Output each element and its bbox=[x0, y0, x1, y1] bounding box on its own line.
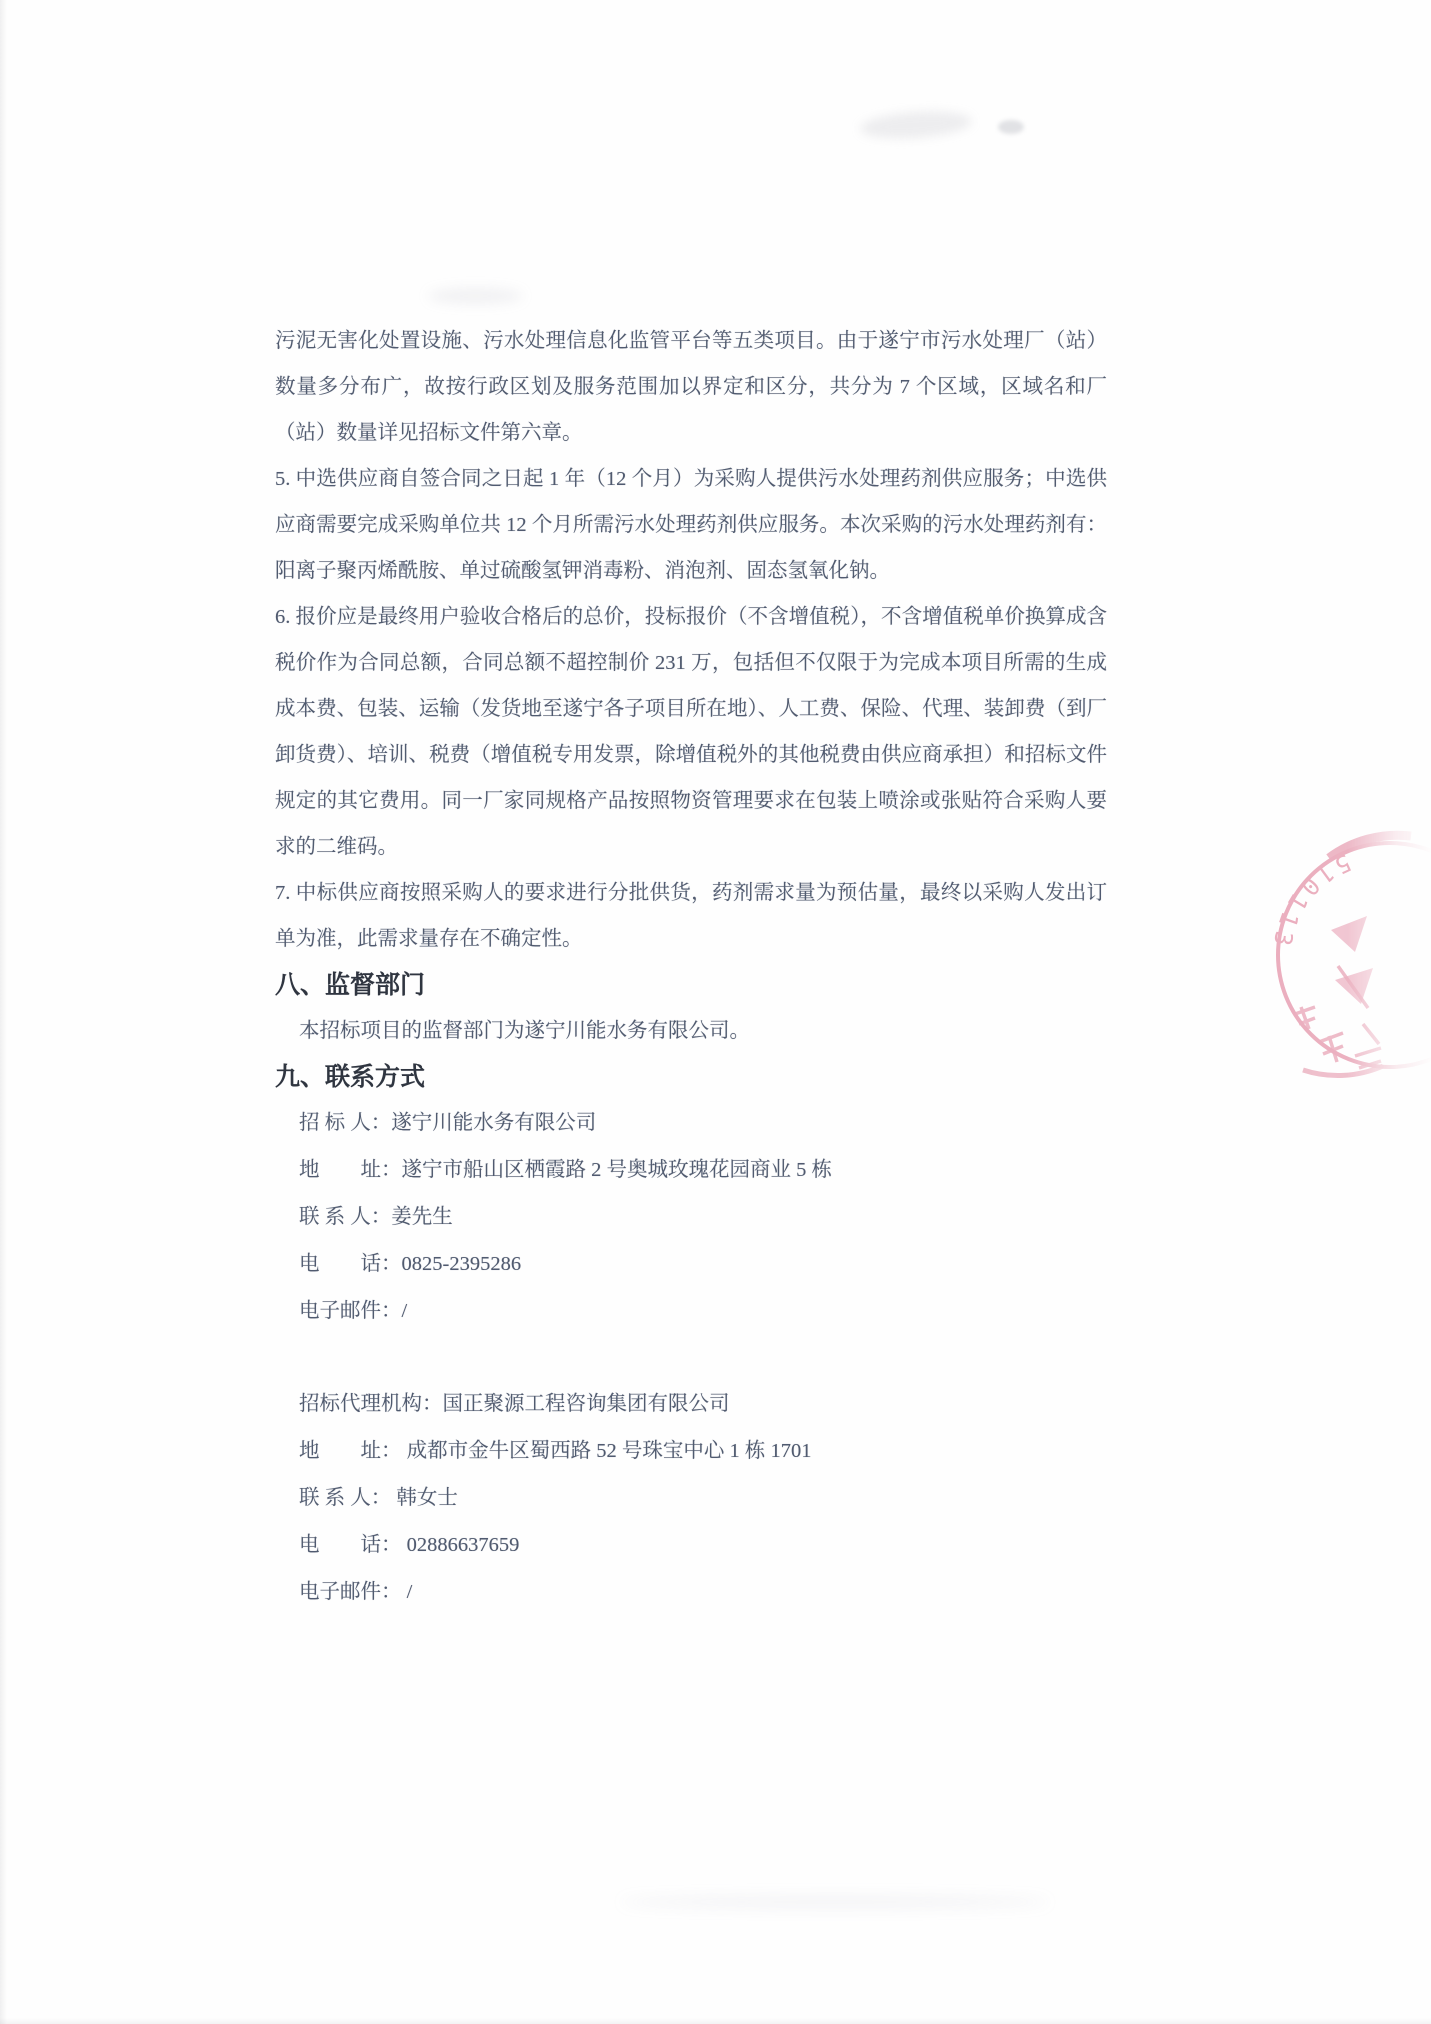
contact-label: 电 话： bbox=[299, 1522, 402, 1569]
paragraph-item-5: 5. 中选供应商自签合同之日起 1 年（12 个月）为采购人提供污水处理药剂供应… bbox=[275, 456, 1107, 594]
contact-row-tenderee-phone: 电 话： 0825-2395286 bbox=[299, 1241, 1107, 1288]
contact-label: 地 址： bbox=[299, 1428, 402, 1475]
section-heading-contact: 九、联系方式 bbox=[275, 1054, 1107, 1100]
contact-row-tenderee-email: 电子邮件： / bbox=[299, 1288, 1107, 1335]
stamp-border-circle bbox=[1278, 843, 1431, 1067]
contact-row-agency-address: 地 址： 成都市金牛区蜀西路 52 号珠宝中心 1 栋 1701 bbox=[299, 1428, 1107, 1475]
paragraph-sludge-overview: 污泥无害化处置设施、污水处理信息化监管平台等五类项目。由于遂宁市污水处理厂（站）… bbox=[275, 318, 1107, 456]
paragraph-item-6: 6. 报价应是最终用户验收合格后的总价，投标报价（不含增值税），不含增值税单价换… bbox=[275, 594, 1107, 870]
contact-row-tenderee-name: 招 标 人： 遂宁川能水务有限公司 bbox=[299, 1100, 1107, 1147]
contact-row-agency-email: 电子邮件： / bbox=[299, 1569, 1107, 1616]
document-body: 污泥无害化处置设施、污水处理信息化监管平台等五类项目。由于遂宁市污水处理厂（站）… bbox=[275, 318, 1107, 1616]
stamp-bottom-arc bbox=[1303, 1066, 1383, 1076]
contact-label: 地 址： bbox=[299, 1147, 402, 1194]
contact-value: 成都市金牛区蜀西路 52 号珠宝中心 1 栋 1701 bbox=[402, 1428, 812, 1475]
supervision-body: 本招标项目的监督部门为遂宁川能水务有限公司。 bbox=[275, 1008, 1107, 1054]
contact-row-agency-name: 招标代理机构： 国正聚源工程咨询集团有限公司 bbox=[299, 1381, 1107, 1428]
scan-smudge bbox=[998, 120, 1024, 134]
contact-row-agency-person: 联 系 人： 韩女士 bbox=[299, 1475, 1107, 1522]
contact-label: 电 话： bbox=[299, 1241, 402, 1288]
stamp-serial-digits: 510113 bbox=[1267, 848, 1355, 954]
contact-row-agency-phone: 电 话： 02886637659 bbox=[299, 1522, 1107, 1569]
scan-edge-shadow-bottom bbox=[0, 2018, 1431, 2024]
contact-value: 国正聚源工程咨询集团有限公司 bbox=[443, 1381, 730, 1428]
contact-label: 招 标 人： bbox=[299, 1100, 391, 1147]
scan-edge-shadow bbox=[0, 0, 7, 2024]
contact-label: 电子邮件： bbox=[299, 1288, 402, 1335]
contact-row-tenderee-person: 联 系 人： 姜先生 bbox=[299, 1194, 1107, 1241]
official-stamp: 510113 bbox=[1243, 818, 1431, 1088]
stamp-star-fragment bbox=[1331, 916, 1367, 952]
document-page: 510113 污泥无害化处置设施、污水处理信息化监管平台等五类项目。由于遂宁市污… bbox=[0, 0, 1431, 2024]
contact-label: 联 系 人： bbox=[299, 1194, 391, 1241]
contact-block-tenderee: 招 标 人： 遂宁川能水务有限公司 地 址： 遂宁市船山区栖霞路 2 号奥城玫瑰… bbox=[299, 1100, 1107, 1335]
contact-value: / bbox=[402, 1569, 413, 1616]
scan-smudge bbox=[620, 1896, 1050, 1908]
paragraph-item-7: 7. 中标供应商按照采购人的要求进行分批供货，药剂需求量为预估量，最终以采购人发… bbox=[275, 870, 1107, 962]
contact-label: 联 系 人： bbox=[299, 1475, 391, 1522]
contact-value: / bbox=[402, 1288, 408, 1335]
stamp-arc-band bbox=[1329, 835, 1411, 858]
contact-value: 02886637659 bbox=[402, 1522, 520, 1569]
contact-value: 0825-2395286 bbox=[402, 1241, 522, 1288]
contact-block-agency: 招标代理机构： 国正聚源工程咨询集团有限公司 地 址： 成都市金牛区蜀西路 52… bbox=[299, 1381, 1107, 1616]
contact-value: 遂宁市船山区栖霞路 2 号奥城玫瑰花园商业 5 栋 bbox=[402, 1147, 833, 1194]
contact-value: 遂宁川能水务有限公司 bbox=[391, 1100, 596, 1147]
stamp-character-strokes bbox=[1295, 966, 1381, 1068]
stamp-star-fragment bbox=[1335, 968, 1373, 1004]
scan-smudge bbox=[428, 288, 523, 304]
section-heading-supervision: 八、监督部门 bbox=[275, 962, 1107, 1008]
contact-row-tenderee-address: 地 址： 遂宁市船山区栖霞路 2 号奥城玫瑰花园商业 5 栋 bbox=[299, 1147, 1107, 1194]
contact-label: 招标代理机构： bbox=[299, 1381, 443, 1428]
contact-label: 电子邮件： bbox=[299, 1569, 402, 1616]
contact-value: 姜先生 bbox=[391, 1194, 453, 1241]
scan-smudge bbox=[859, 108, 973, 142]
contact-value: 韩女士 bbox=[391, 1475, 458, 1522]
